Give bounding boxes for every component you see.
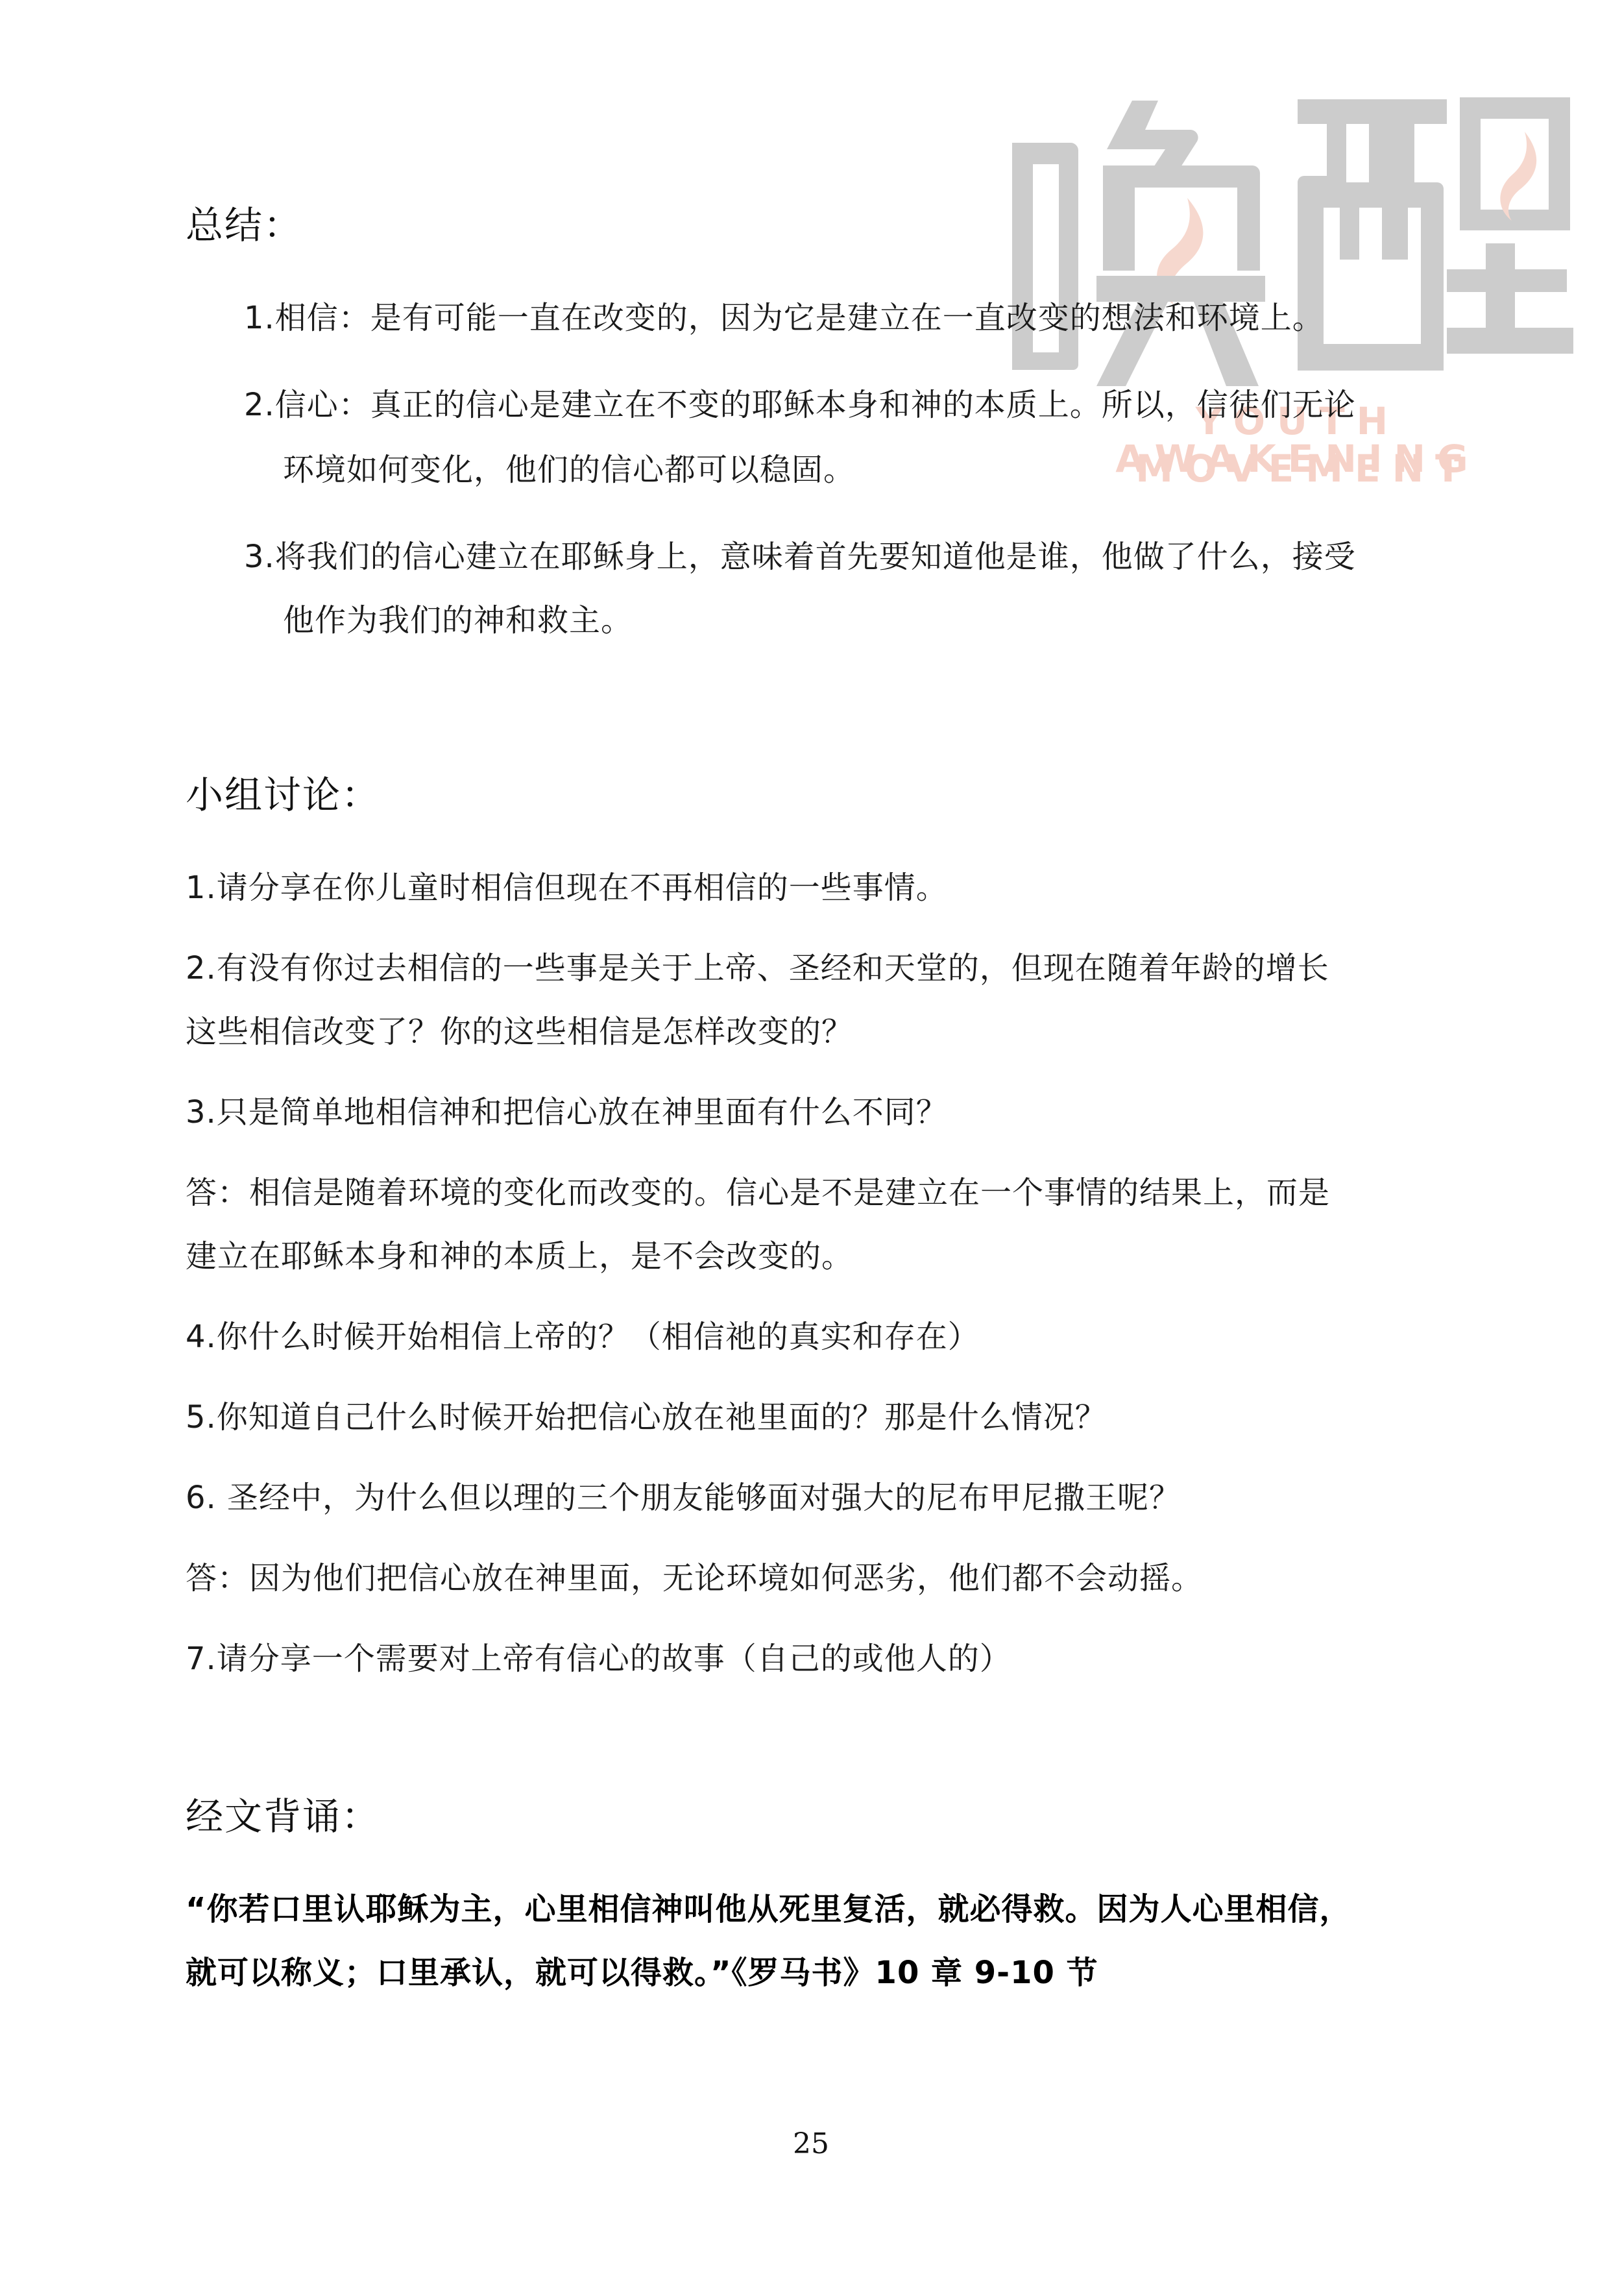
discussion-q1: 1.请分享在你儿童时相信但现在不再相信的一些事情。	[186, 872, 948, 903]
document-page: YOUTH AWAKENING MOVEMENT 总结： 1.相信：是有可能一直…	[0, 0, 1622, 2296]
discussion-title: 小组讨论：	[186, 776, 380, 814]
summary-item-3-line-2: 他作为我们的神和救主。	[283, 605, 633, 636]
memory-verse-line-2: 就可以称义；口里承认，就可以得救。”《罗马书》10 章 9-10 节	[186, 1957, 1098, 1988]
summary-item-2-line-2: 环境如何变化，他们的信心都可以稳固。	[283, 454, 855, 485]
summary-item-3-line-1: 3.将我们的信心建立在耶稣身上，意味着首先要知道他是谁，他做了什么，接受	[244, 541, 1356, 572]
summary-item-1: 1.相信：是有可能一直在改变的，因为它是建立在一直改变的想法和环境上。	[244, 302, 1324, 334]
discussion-q3: 3.只是简单地相信神和把信心放在神里面有什么不同？	[186, 1097, 948, 1128]
discussion-a3-line-1: 答：相信是随着环境的变化而改变的。信心是不是建立在一个事情的结果上，而是	[186, 1177, 1330, 1208]
discussion-q7: 7.请分享一个需要对上帝有信心的故事（自己的或他人的）	[186, 1643, 1011, 1674]
discussion-q6: 6. 圣经中，为什么但以理的三个朋友能够面对强大的尼布甲尼撒王呢？	[186, 1482, 1181, 1513]
discussion-a6: 答：因为他们把信心放在神里面，无论环境如何恶劣，他们都不会动摇。	[186, 1563, 1203, 1594]
discussion-q2-line-1: 2.有没有你过去相信的一些事是关于上帝、圣经和天堂的，但现在随着年龄的增长	[186, 953, 1329, 984]
page-number: 25	[0, 2127, 1622, 2160]
watermark-logo: YOUTH AWAKENING MOVEMENT	[993, 81, 1577, 503]
awakening-logo-icon	[993, 81, 1577, 386]
discussion-q2-line-2: 这些相信改变了？你的这些相信是怎样改变的？	[186, 1016, 853, 1047]
discussion-q4: 4.你什么时候开始相信上帝的？（相信祂的真实和存在）	[186, 1321, 980, 1352]
summary-item-2-line-1: 2.信心：真正的信心是建立在不变的耶稣本身和神的本质上。所以，信徒们无论	[244, 389, 1356, 421]
discussion-a3-line-2: 建立在耶稣本身和神的本质上，是不会改变的。	[186, 1241, 853, 1272]
memory-verse-line-1: “你若口里认耶稣为主，心里相信神叫他从死里复活，就必得救。因为人心里相信，	[186, 1894, 1351, 1925]
discussion-q5: 5.你知道自己什么时候开始把信心放在祂里面的？那是什么情况？	[186, 1402, 1107, 1433]
watermark-english-line2: MOVEMENT	[1025, 450, 1583, 487]
summary-title: 总结：	[186, 206, 302, 244]
memory-verse-title: 经文背诵：	[186, 1798, 380, 1835]
